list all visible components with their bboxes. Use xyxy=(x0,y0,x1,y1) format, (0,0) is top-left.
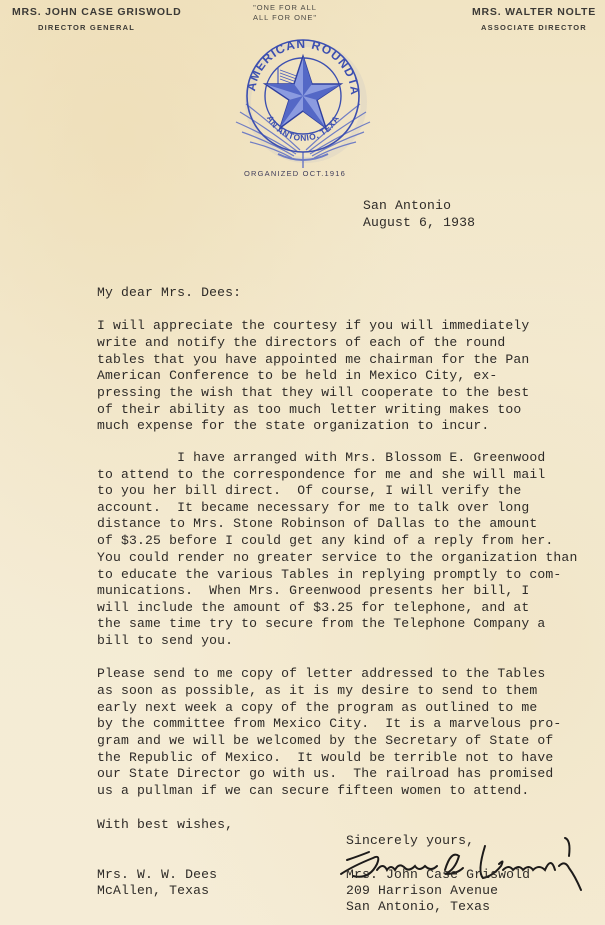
paragraph-line: much expense for the state organization … xyxy=(97,418,489,435)
paragraph-line: the Republic of Mexico. It would be terr… xyxy=(97,750,553,767)
paragraph-line: us a pullman if we can secure fifteen wo… xyxy=(97,783,529,800)
closing-best-wishes: With best wishes, xyxy=(97,817,233,834)
paragraph-line: of their ability as too much letter writ… xyxy=(97,402,521,419)
letterhead-director-name: MRS. JOHN CASE GRISWOLD xyxy=(12,6,182,18)
paragraph-line: to you her bill direct. Of course, I wil… xyxy=(97,483,521,500)
paragraph-line: will include the amount of $3.25 for tel… xyxy=(97,600,529,617)
paragraph-line: to attend to the correspondence for me a… xyxy=(97,467,545,484)
paragraph-line: American Conference to be held in Mexico… xyxy=(97,368,497,385)
paragraph-line: tables that you have appointed me chairm… xyxy=(97,352,529,369)
paragraph-line: write and notify the directors of each o… xyxy=(97,335,505,352)
organization-seal: PAN AMERICAN ROUNDTABLE SAN ANTONIO, TEX… xyxy=(228,34,378,169)
organized-date: ORGANIZED OCT.1916 xyxy=(244,169,346,178)
paragraph-line: I will appreciate the courtesy if you wi… xyxy=(97,318,529,335)
paragraph-line: distance to Mrs. Stone Robinson of Dalla… xyxy=(97,516,537,533)
paragraph-line: munications. When Mrs. Greenwood present… xyxy=(97,583,529,600)
sender-street: 209 Harrison Avenue xyxy=(346,883,498,900)
dateline-date: August 6, 1938 xyxy=(363,215,475,232)
paragraph-line: I have arranged with Mrs. Blossom E. Gre… xyxy=(97,450,545,467)
sender-city: San Antonio, Texas xyxy=(346,899,490,916)
recipient-location: McAllen, Texas xyxy=(97,883,209,900)
paragraph-line: early next week a copy of the program as… xyxy=(97,700,537,717)
paragraph-line: account. It became necessary for me to t… xyxy=(97,500,529,517)
paragraph-line: as soon as possible, as it is my desire … xyxy=(97,683,537,700)
paragraph-line: our State Director go with us. The railr… xyxy=(97,766,553,783)
letterhead-associate-name: MRS. WALTER NOLTE xyxy=(472,6,596,18)
paragraph-line: bill to send you. xyxy=(97,633,233,650)
letterhead-associate-title: ASSOCIATE DIRECTOR xyxy=(481,23,587,32)
paragraph-line: of $3.25 before I could get any kind of … xyxy=(97,533,553,550)
motto-line-1: "ONE FOR ALL xyxy=(253,3,317,13)
letterhead-motto: "ONE FOR ALL ALL FOR ONE" xyxy=(253,3,317,23)
recipient-name: Mrs. W. W. Dees xyxy=(97,867,217,884)
paragraph-line: pressing the wish that they will coopera… xyxy=(97,385,529,402)
paragraph-line: the same time try to secure from the Tel… xyxy=(97,616,545,633)
paragraph-line: gram and we will be welcomed by the Secr… xyxy=(97,733,553,750)
sender-name: Mrs. John Case Griswold xyxy=(346,867,530,884)
paragraph-line: You could render no greater service to t… xyxy=(97,550,577,567)
paragraph-line: by the committee from Mexico City. It is… xyxy=(97,716,561,733)
paragraph-line: to educate the various Tables in replyin… xyxy=(97,567,561,584)
letterhead-director-title: DIRECTOR GENERAL xyxy=(38,23,135,32)
motto-line-2: ALL FOR ONE" xyxy=(253,13,317,23)
dateline-city: San Antonio xyxy=(363,198,451,215)
paragraph-line: Please send to me copy of letter address… xyxy=(97,666,545,683)
salutation: My dear Mrs. Dees: xyxy=(97,285,241,302)
star-emblem-icon: PAN AMERICAN ROUNDTABLE SAN ANTONIO, TEX… xyxy=(228,34,378,169)
